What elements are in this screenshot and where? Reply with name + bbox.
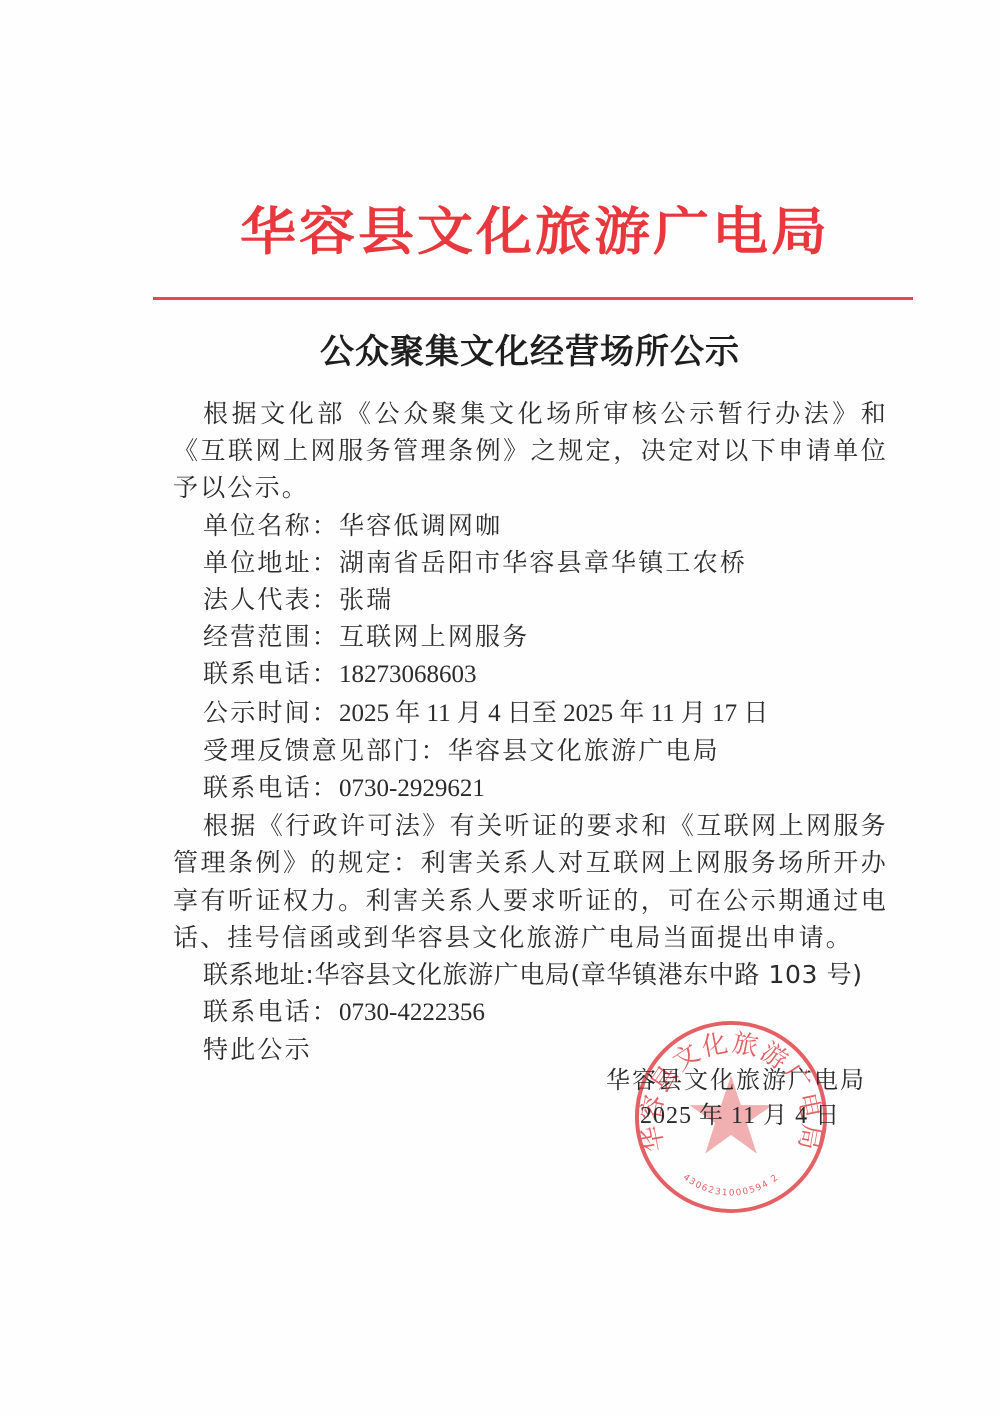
field-dept-phone: 联系电话：0730-2929621 [173,769,888,807]
field-phone: 联系电话：18273068603 [173,655,888,693]
field-label: 单位名称： [203,511,339,540]
field-value: 0730-2929621 [339,775,485,802]
masthead-divider [153,297,913,300]
field-label: 公示时间： [203,698,339,727]
field-unit-name: 单位名称：华容低调网咖 [173,507,888,544]
field-contact-address: 联系地址:华容县文化旅游广电局(章华镇港东中路 103 号) [173,956,888,993]
signature-org: 华容县文化旅游广电局 [600,1062,880,1098]
field-label: 联系电话： [203,997,339,1026]
field-label: 经营范围： [203,622,339,651]
signature-date: 2025 年 11 月 4 日 [600,1098,880,1134]
field-label: 联系电话： [203,773,339,802]
field-label: 单位地址： [203,548,339,577]
field-value: 华容低调网咖 [339,511,502,540]
signature-block: 华容县文化旅游广电局 2025 年 11 月 4 日 [600,1062,880,1134]
field-value: 互联网上网服务 [339,622,529,651]
field-unit-address: 单位地址：湖南省岳阳市华容县章华镇工农桥 [173,544,888,581]
field-label: 受理反馈意见部门： [203,736,448,765]
field-value: 18273068603 [339,661,477,688]
hearing-paragraph: 根据《行政许可法》有关听证的要求和《互联网上网服务管理条例》的规定：利害关系人对… [173,807,888,956]
field-label: 法人代表： [203,585,339,614]
document-title: 公众聚集文化经营场所公示 [0,330,1000,374]
field-label: 联系电话： [203,659,339,688]
field-label: 联系地址: [203,960,314,989]
field-value: 湖南省岳阳市华容县章华镇工农桥 [339,548,747,577]
document-page: 华容县文化旅游广电局 公众聚集文化经营场所公示 根据文化部《公众聚集文化场所审核… [0,0,1000,1415]
field-feedback-dept: 受理反馈意见部门：华容县文化旅游广电局 [173,732,888,769]
field-value: 华容县文化旅游广电局(章华镇港东中路 103 号) [314,960,862,989]
field-legal-rep: 法人代表：张瑞 [173,581,888,618]
field-value: 0730-4222356 [339,999,485,1026]
svg-text:4306231000594 2: 4306231000594 2 [681,1173,781,1199]
field-value: 2025 年 11 月 4 日至 2025 年 11 月 17 日 [339,700,768,727]
document-body: 根据文化部《公众聚集文化场所审核公示暂行办法》和《互联网上网服务管理条例》之规定… [173,395,888,1069]
field-notice-period: 公示时间：2025 年 11 月 4 日至 2025 年 11 月 17 日 [173,694,888,732]
field-business-scope: 经营范围：互联网上网服务 [173,618,888,655]
field-value: 华容县文化旅游广电局 [448,736,720,765]
intro-paragraph: 根据文化部《公众聚集文化场所审核公示暂行办法》和《互联网上网服务管理条例》之规定… [173,395,888,507]
field-value: 张瑞 [339,585,393,614]
masthead-org-name: 华容县文化旅游广电局 [150,205,920,260]
